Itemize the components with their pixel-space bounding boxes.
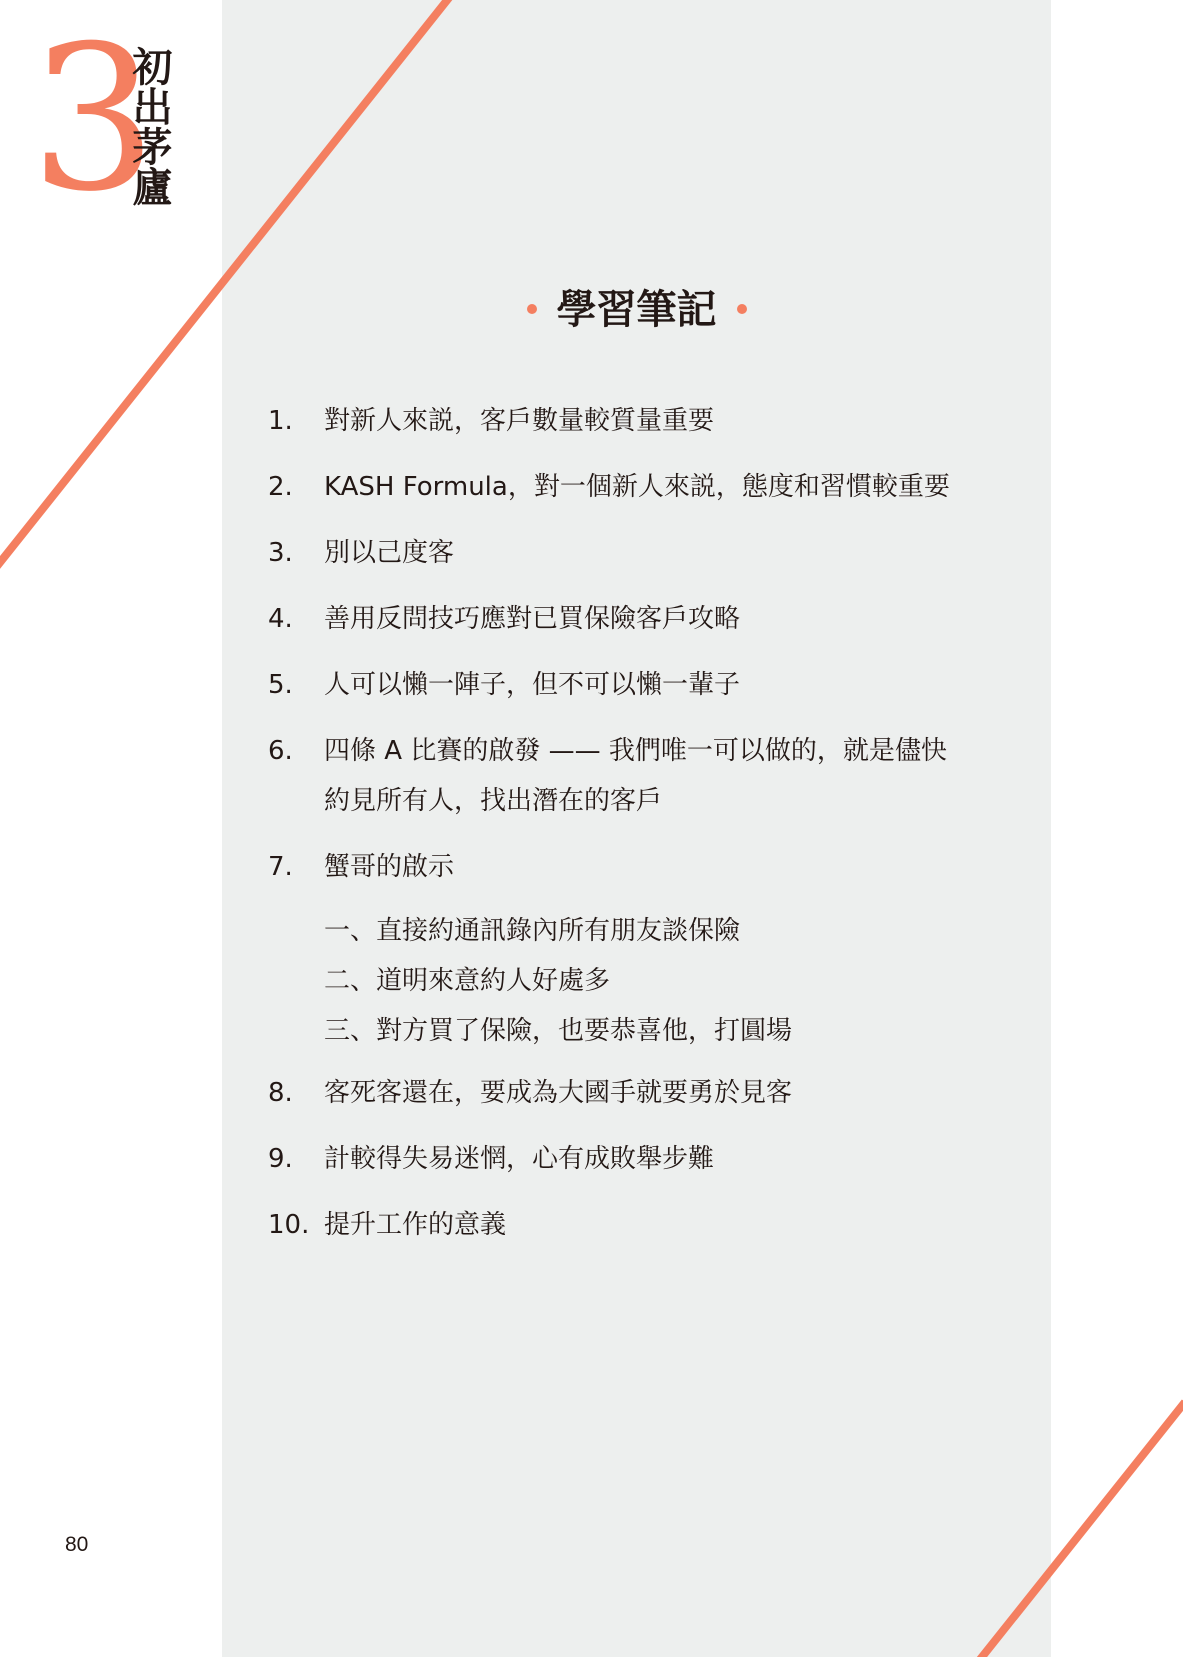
list-item: 5.人可以懶一陣子，但不可以懶一輩子	[268, 660, 988, 710]
item-text: 提升工作的意義	[324, 1210, 506, 1240]
list-item: 7.蟹哥的啟示	[268, 842, 988, 892]
list-item: 10.提升工作的意義	[268, 1200, 988, 1250]
item-text: 蟹哥的啟示	[324, 852, 454, 882]
list-item: 1.對新人來説，客戶數量較質量重要	[268, 396, 988, 446]
list-item: 2.KASH Formula，對一個新人來説，態度和習慣較重要	[268, 462, 988, 512]
bullet-dot-icon	[737, 304, 747, 314]
item-text: 計較得失易迷惘，心有成敗舉步難	[324, 1144, 714, 1174]
list-item: 4.善用反問技巧應對已買保險客戶攻略	[268, 594, 988, 644]
item-number: 10.	[268, 1200, 309, 1250]
item-number: 3.	[268, 528, 293, 578]
item-text: 別以己度客	[324, 538, 454, 568]
list-item: 8.客死客還在，要成為大國手就要勇於見客	[268, 1068, 988, 1118]
chapter-title: 初出茅廬	[128, 46, 174, 206]
sublist-item: 三、對方買了保險，也要恭喜他，打圓場	[268, 1006, 988, 1056]
item-number: 6.	[268, 726, 293, 776]
item-text: 四條 A 比賽的啟發 —— 我們唯一可以做的，就是儘快約見所有人，找出潛在的客戶	[324, 736, 947, 816]
item-text: 善用反問技巧應對已買保險客戶攻略	[324, 604, 740, 634]
item-text: KASH Formula，對一個新人來説，態度和習慣較重要	[324, 472, 950, 502]
list-item: 6.四條 A 比賽的啟發 —— 我們唯一可以做的，就是儘快約見所有人，找出潛在的…	[268, 726, 988, 826]
list-item: 3.別以己度客	[268, 528, 988, 578]
diagonal-line-bottom-right	[978, 1402, 1183, 1657]
section-heading-text: 學習筆記	[557, 287, 717, 333]
page-number: 80	[65, 1533, 88, 1557]
item-number: 5.	[268, 660, 293, 710]
item-number: 7.	[268, 842, 293, 892]
item-number: 1.	[268, 396, 293, 446]
bullet-dot-icon	[527, 304, 537, 314]
item-text: 客死客還在，要成為大國手就要勇於見客	[324, 1078, 792, 1108]
notes-list: 1.對新人來説，客戶數量較質量重要 2.KASH Formula，對一個新人來説…	[268, 396, 988, 1266]
section-heading: 學習筆記	[222, 282, 1051, 338]
item-number: 9.	[268, 1134, 293, 1184]
sublist-item: 二、道明來意約人好處多	[268, 956, 988, 1006]
item-text: 對新人來説，客戶數量較質量重要	[324, 406, 714, 436]
list-item: 9.計較得失易迷惘，心有成敗舉步難	[268, 1134, 988, 1184]
item-text: 人可以懶一陣子，但不可以懶一輩子	[324, 670, 740, 700]
item-number: 2.	[268, 462, 293, 512]
sublist-item: 一、直接約通訊錄內所有朋友談保險	[268, 906, 988, 956]
item-number: 8.	[268, 1068, 293, 1118]
sublist: 一、直接約通訊錄內所有朋友談保險 二、道明來意約人好處多 三、對方買了保險，也要…	[268, 906, 988, 1056]
item-number: 4.	[268, 594, 293, 644]
